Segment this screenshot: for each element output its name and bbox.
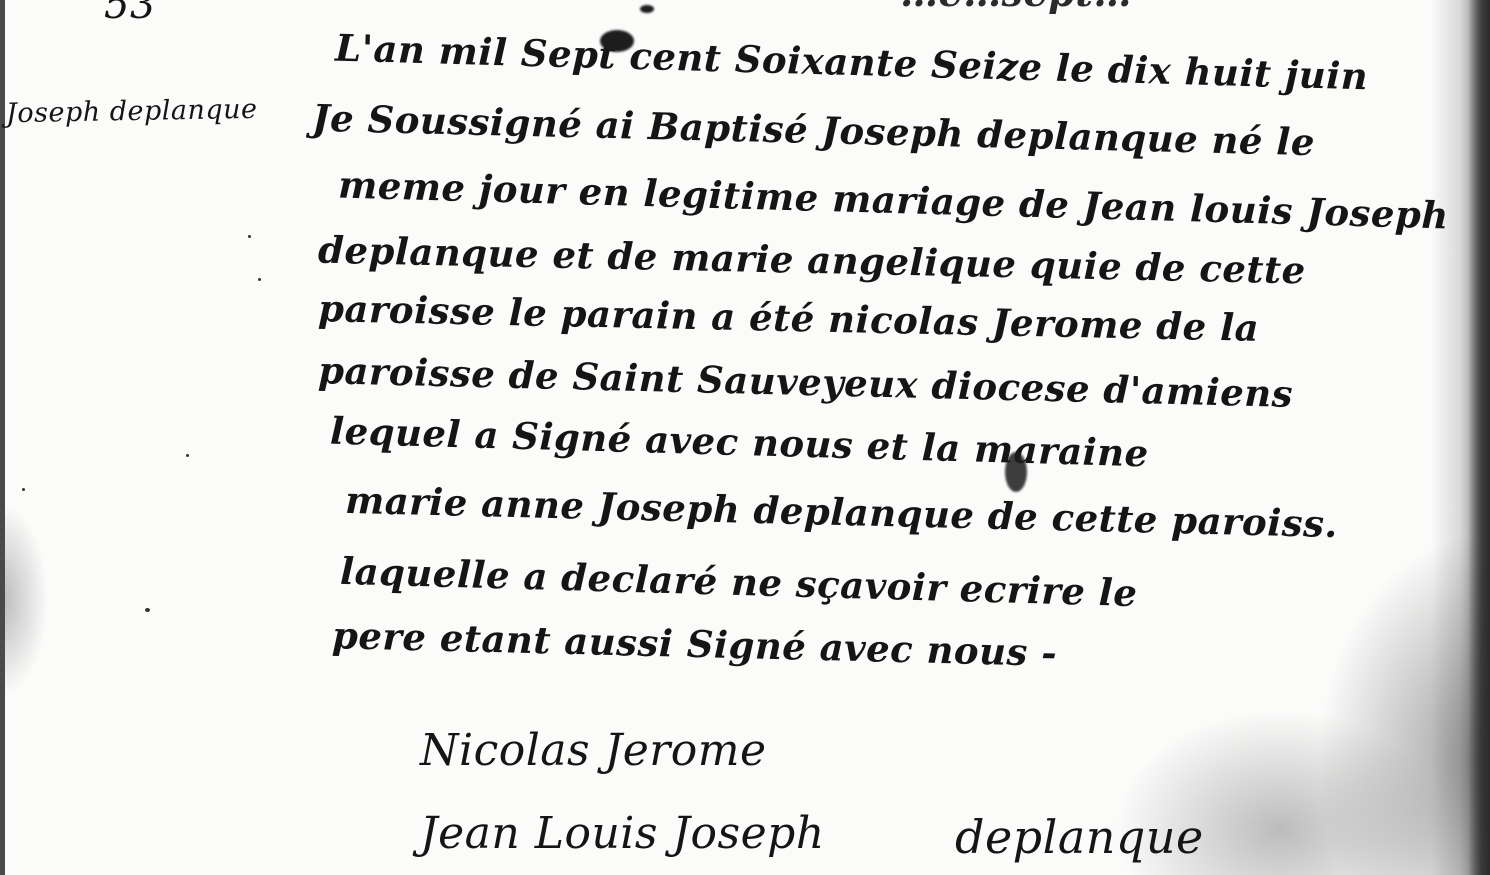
margin-note-name: Joseph deplanque — [6, 94, 258, 129]
cut-off-previous-line: …e…sept… — [900, 0, 1132, 15]
record-line-5: paroisse le parain a été nicolas Jerome … — [318, 286, 1260, 350]
record-line-3: meme jour en legitime mariage de Jean lo… — [338, 162, 1450, 237]
record-line-8: marie anne Joseph deplanque de cette par… — [345, 478, 1339, 546]
ink-blot — [640, 5, 654, 13]
paper-speck — [145, 608, 150, 612]
record-line-10: pere etant aussi Signé avec nous - — [332, 613, 1058, 675]
paper-speck — [186, 454, 189, 457]
record-line-6: paroisse de Saint Sauveyeux diocese d'am… — [318, 348, 1294, 416]
record-line-4: deplanque et de marie angelique quie de … — [318, 228, 1306, 293]
signature-godfather: Nicolas Jerome — [420, 725, 767, 776]
page-binding-edge — [0, 0, 5, 875]
paper-speck — [22, 488, 25, 491]
page-edge-shadow — [1468, 0, 1490, 875]
record-line-9: laquelle a declaré ne sçavoir ecrire le — [340, 549, 1138, 615]
scanned-register-page: 53 …e…sept… Joseph deplanque L'an mil Se… — [0, 0, 1490, 875]
ink-blot — [600, 30, 634, 52]
record-line-1: L'an mil Sept cent Soixante Seize le dix… — [335, 26, 1369, 99]
record-line-2: Je Soussigné ai Baptisé Joseph deplanque… — [312, 96, 1316, 164]
signature-father-given-names: Jean Louis Joseph — [420, 808, 825, 859]
paper-speck — [258, 278, 261, 281]
signature-father-surname: deplanque — [955, 810, 1204, 864]
folio-number: 53 — [104, 0, 156, 28]
paper-speck — [248, 235, 251, 238]
ink-blot — [1005, 452, 1027, 492]
